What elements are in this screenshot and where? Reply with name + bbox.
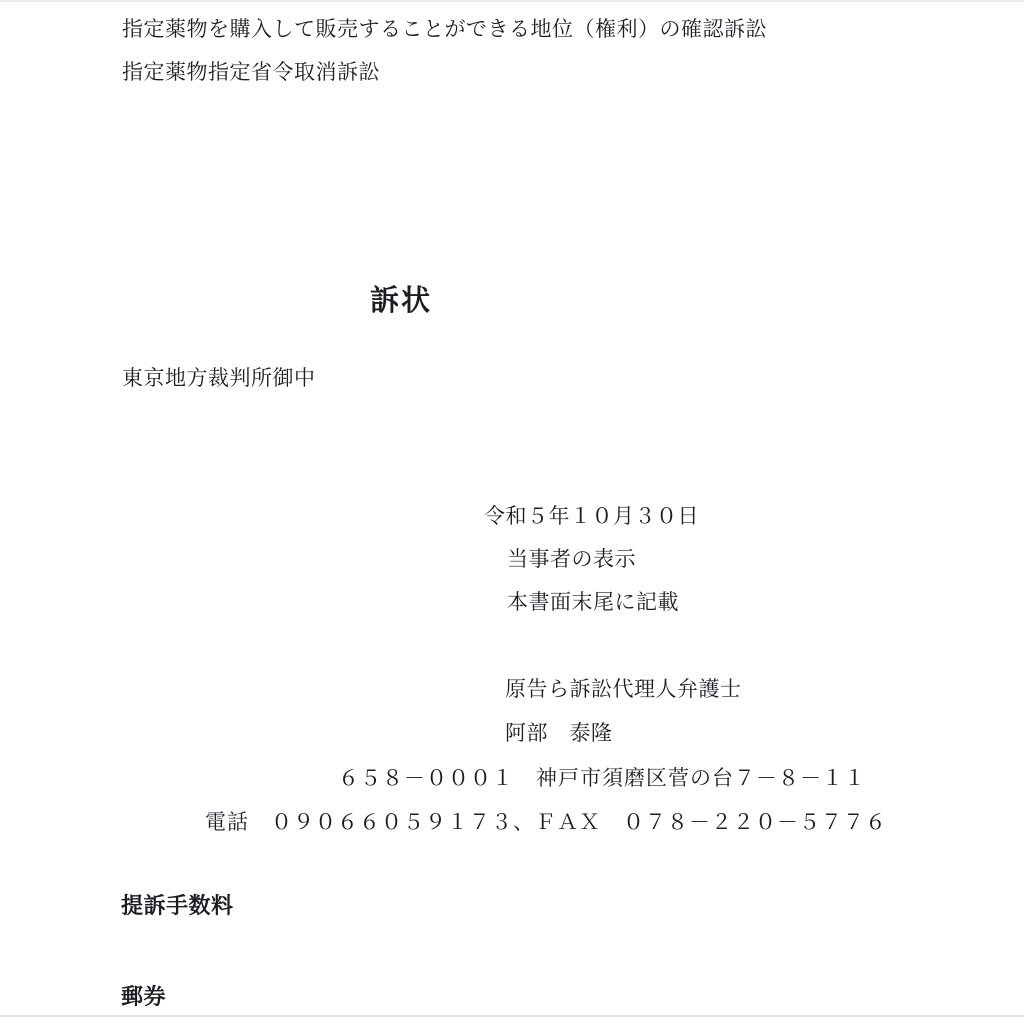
attorney-name: 阿部 泰隆 [505,720,613,746]
complaint-document-page: 指定薬物を購入して販売することができる地位（権利）の確認訴訟 指定薬物指定省令取… [0,0,1024,1024]
document-title: 訴状 [370,288,432,314]
bottom-edge-line [0,1015,1024,1017]
party-display-note: 本書面末尾に記載 [507,589,679,615]
attorney-address: ６５８－０００１ 神戸市須磨区菅の台７－８－１１ [338,765,866,791]
document-date: 令和５年１０月３０日 [484,503,699,529]
case-title-line-1: 指定薬物を購入して販売することができる地位（権利）の確認訴訟 [122,16,767,42]
party-display-label: 当事者の表示 [507,546,636,572]
postal-stamps-heading: 郵券 [121,984,166,1010]
filing-fee-heading: 提訴手数料 [121,893,234,919]
attorney-role: 原告ら訴訟代理人弁護士 [505,676,742,702]
case-title-line-2: 指定薬物指定省令取消訴訟 [122,59,380,85]
court-addressee: 東京地方裁判所御中 [122,365,316,391]
top-edge-line [0,0,1024,2]
attorney-phone-fax: 電話 ０９０６６０５９１７３、ＦＡＸ ０７８－２２０－５７７６ [205,809,887,835]
